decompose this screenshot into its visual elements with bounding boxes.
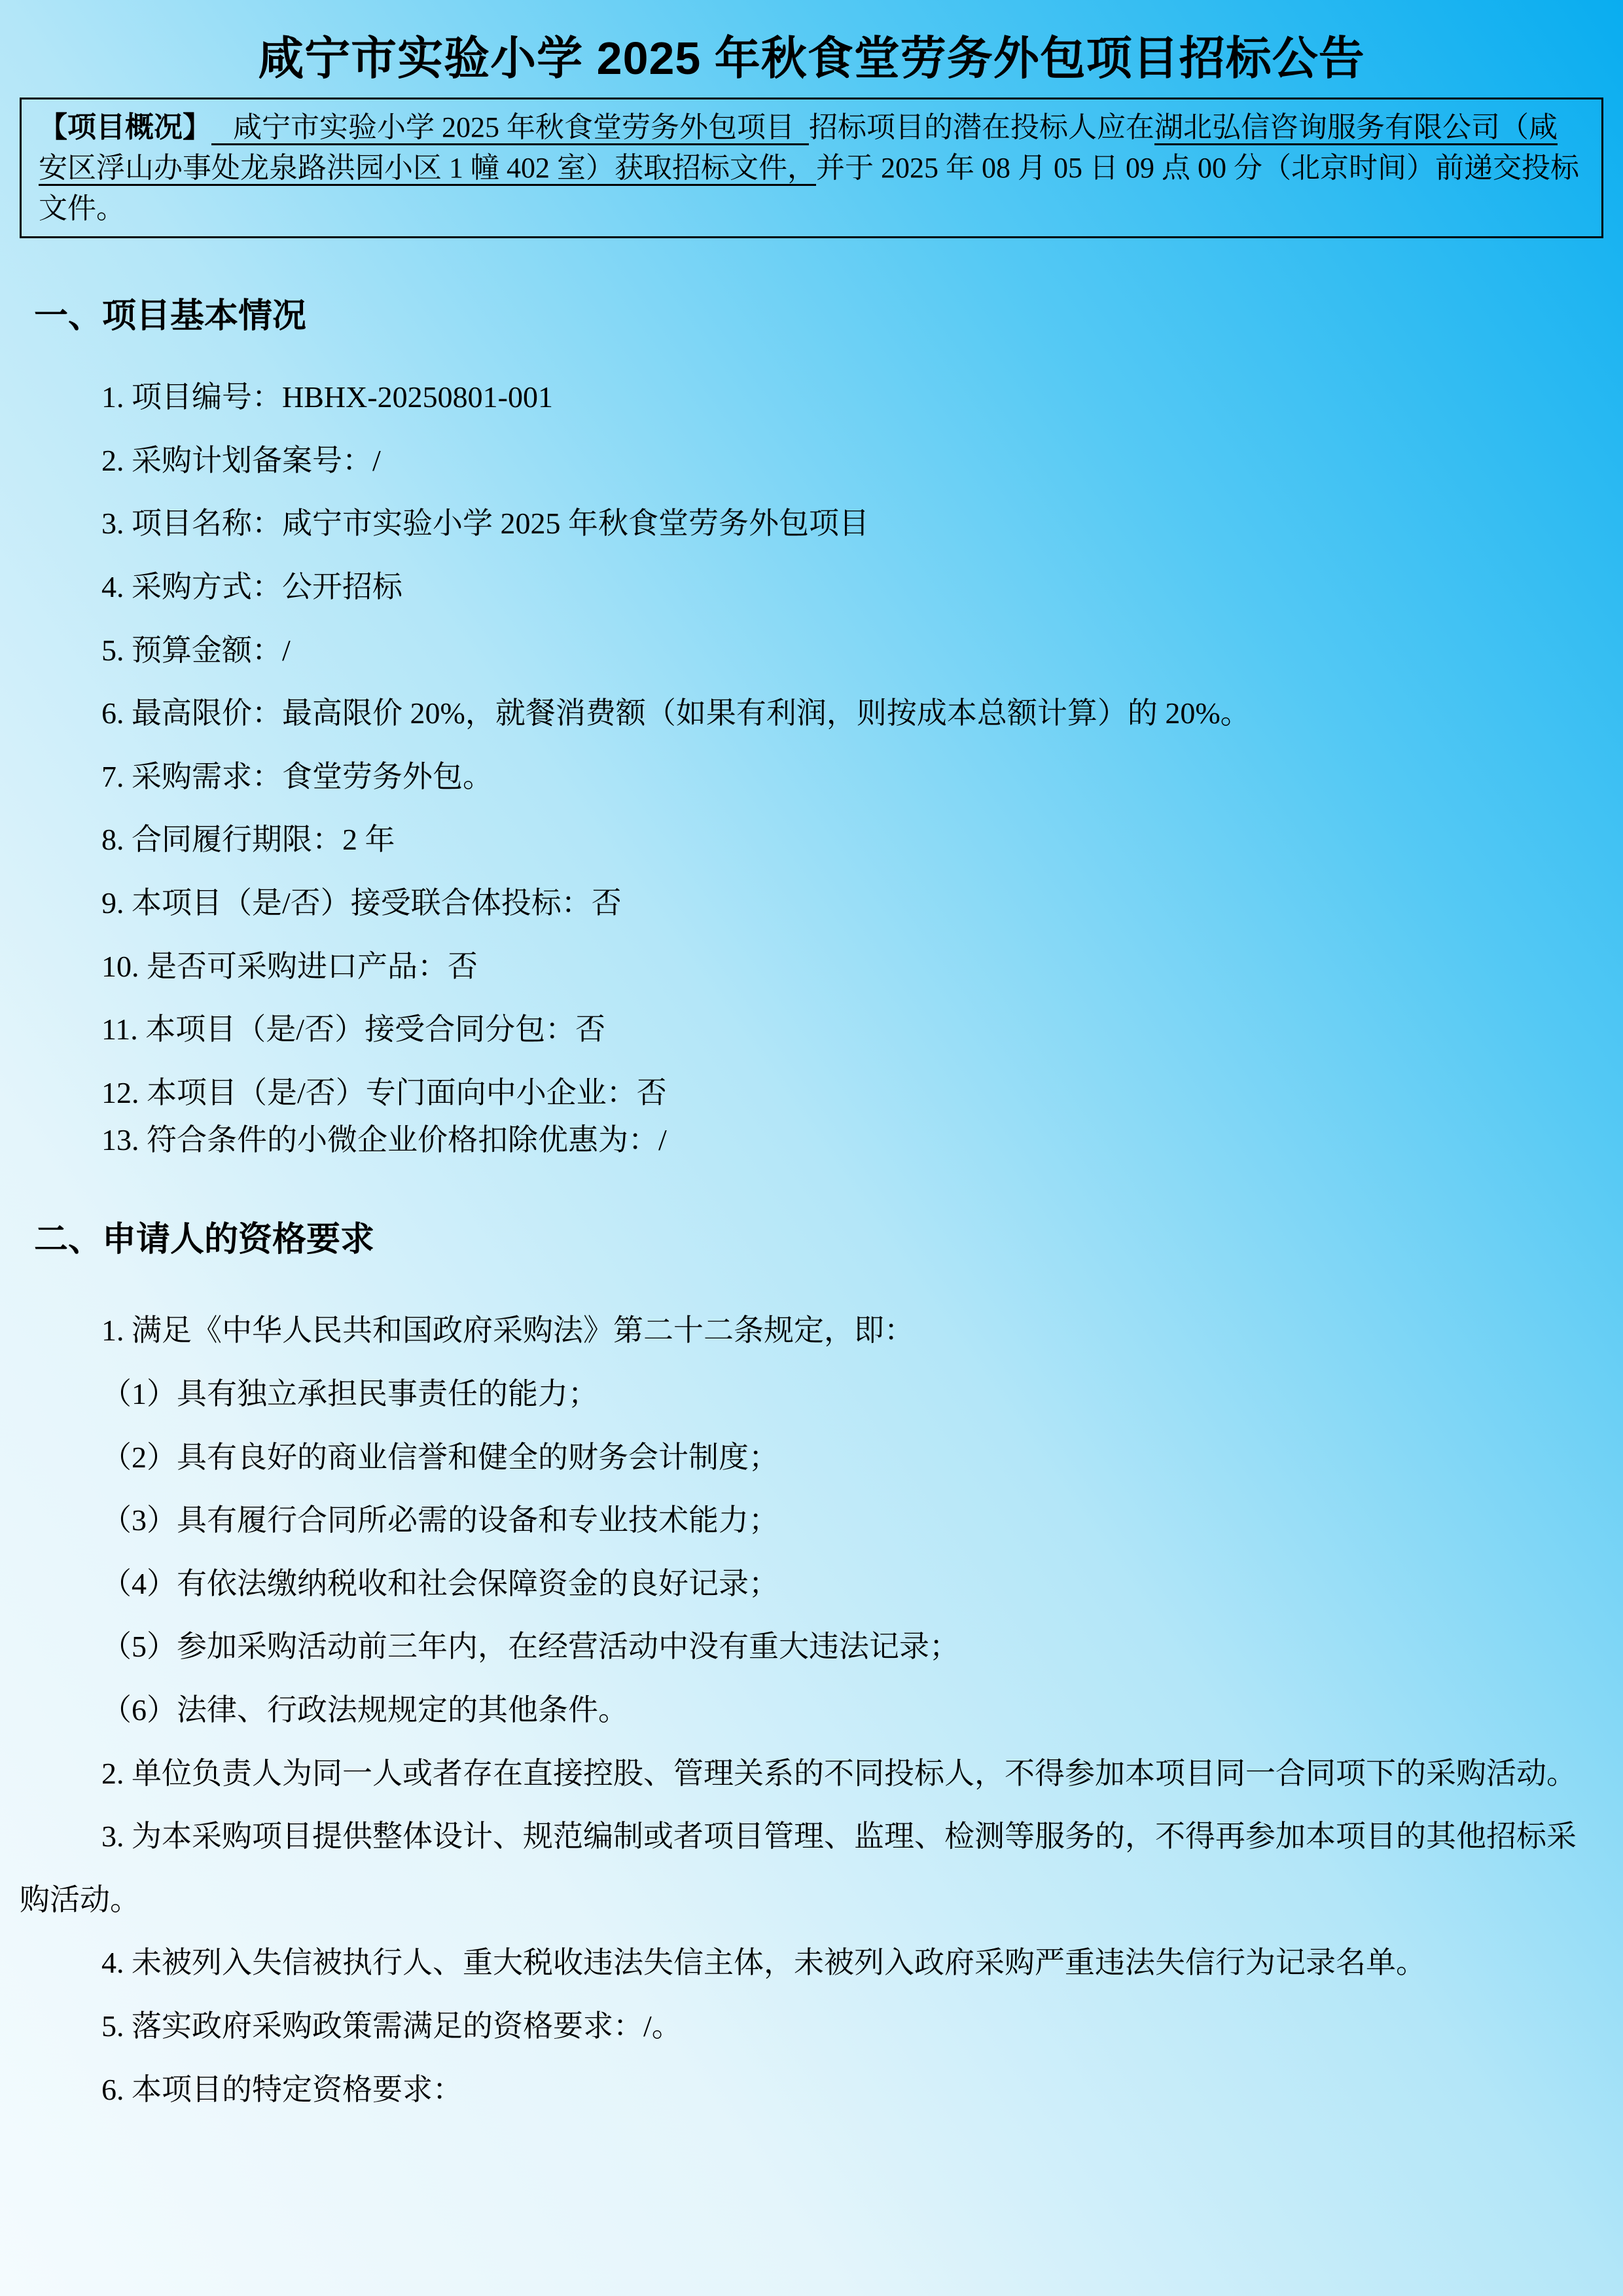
basic-info-item: 4. 采购方式：公开招标 [20, 556, 1603, 619]
qualification-item: 2. 单位负责人为同一人或者存在直接控股、管理关系的不同投标人，不得参加本项目同… [20, 1742, 1603, 1806]
overview-bidder-text: 招标项目的潜在投标人应在 [809, 111, 1154, 143]
section-heading-basic-info: 一、项目基本情况 [34, 296, 1603, 336]
qualification-item: （4）有依法缴纳税收和社会保障资金的良好记录； [20, 1552, 1603, 1616]
basic-info-item: 6. 最高限价：最高限价 20%，就餐消费额（如果有利润，则按成本总额计算）的 … [20, 682, 1603, 745]
document-content: 咸宁市实验小学 2025 年秋食堂劳务外包项目招标公告 【项目概况】 咸宁市实验… [20, 27, 1603, 2121]
basic-info-item: 8. 合同履行期限：2 年 [20, 808, 1603, 872]
project-overview-box: 【项目概况】 咸宁市实验小学 2025 年秋食堂劳务外包项目 招标项目的潜在投标… [20, 98, 1603, 238]
qualification-item: （3）具有履行合同所必需的设备和专业技术能力； [20, 1489, 1603, 1552]
qualification-item: （2）具有良好的商业信誉和健全的财务会计制度； [20, 1426, 1603, 1490]
basic-info-item: 11. 本项目（是/否）接受合同分包：否 [20, 998, 1603, 1062]
qualification-item: 6. 本项目的特定资格要求： [20, 2058, 1603, 2122]
basic-info-item: 9. 本项目（是/否）接受联合体投标：否 [20, 872, 1603, 935]
basic-info-item: 1. 项目编号：HBHX-20250801-001 [20, 366, 1603, 429]
basic-info-item: 2. 采购计划备案号：/ [20, 429, 1603, 493]
basic-info-item: 5. 预算金额：/ [20, 619, 1603, 683]
basic-info-list: 1. 项目编号：HBHX-20250801-001 2. 采购计划备案号：/ 3… [20, 366, 1603, 1172]
basic-info-item: 13. 符合条件的小微企业价格扣除优惠为：/ [20, 1109, 1603, 1172]
section-heading-qualification: 二、申请人的资格要求 [34, 1219, 1603, 1260]
overview-label: 【项目概况】 [39, 111, 211, 143]
document-title: 咸宁市实验小学 2025 年秋食堂劳务外包项目招标公告 [26, 27, 1597, 90]
page: 咸宁市实验小学 2025 年秋食堂劳务外包项目招标公告 【项目概况】 咸宁市实验… [0, 0, 1623, 2296]
qualification-list: 1. 满足《中华人民共和国政府采购法》第二十二条规定，即： （1）具有独立承担民… [20, 1299, 1603, 2121]
qualification-item: 1. 满足《中华人民共和国政府采购法》第二十二条规定，即： [20, 1299, 1603, 1363]
qualification-item: 3. 为本采购项目提供整体设计、规范编制或者项目管理、监理、检测等服务的，不得再… [20, 1805, 1603, 1931]
qualification-item: （5）参加采购活动前三年内，在经营活动中没有重大违法记录； [20, 1615, 1603, 1679]
qualification-item: （1）具有独立承担民事责任的能力； [20, 1363, 1603, 1426]
qualification-item: 5. 落实政府采购政策需满足的资格要求：/。 [20, 1995, 1603, 2058]
basic-info-item: 3. 项目名称：咸宁市实验小学 2025 年秋食堂劳务外包项目 [20, 492, 1603, 556]
basic-info-item: 7. 采购需求：食堂劳务外包。 [20, 745, 1603, 809]
qualification-item: （6）法律、行政法规规定的其他条件。 [20, 1679, 1603, 1742]
basic-info-item: 10. 是否可采购进口产品：否 [20, 935, 1603, 999]
qualification-item: 4. 未被列入失信被执行人、重大税收违法失信主体，未被列入政府采购严重违法失信行… [20, 1931, 1603, 1995]
overview-project-name: 咸宁市实验小学 2025 年秋食堂劳务外包项目 [211, 111, 809, 145]
